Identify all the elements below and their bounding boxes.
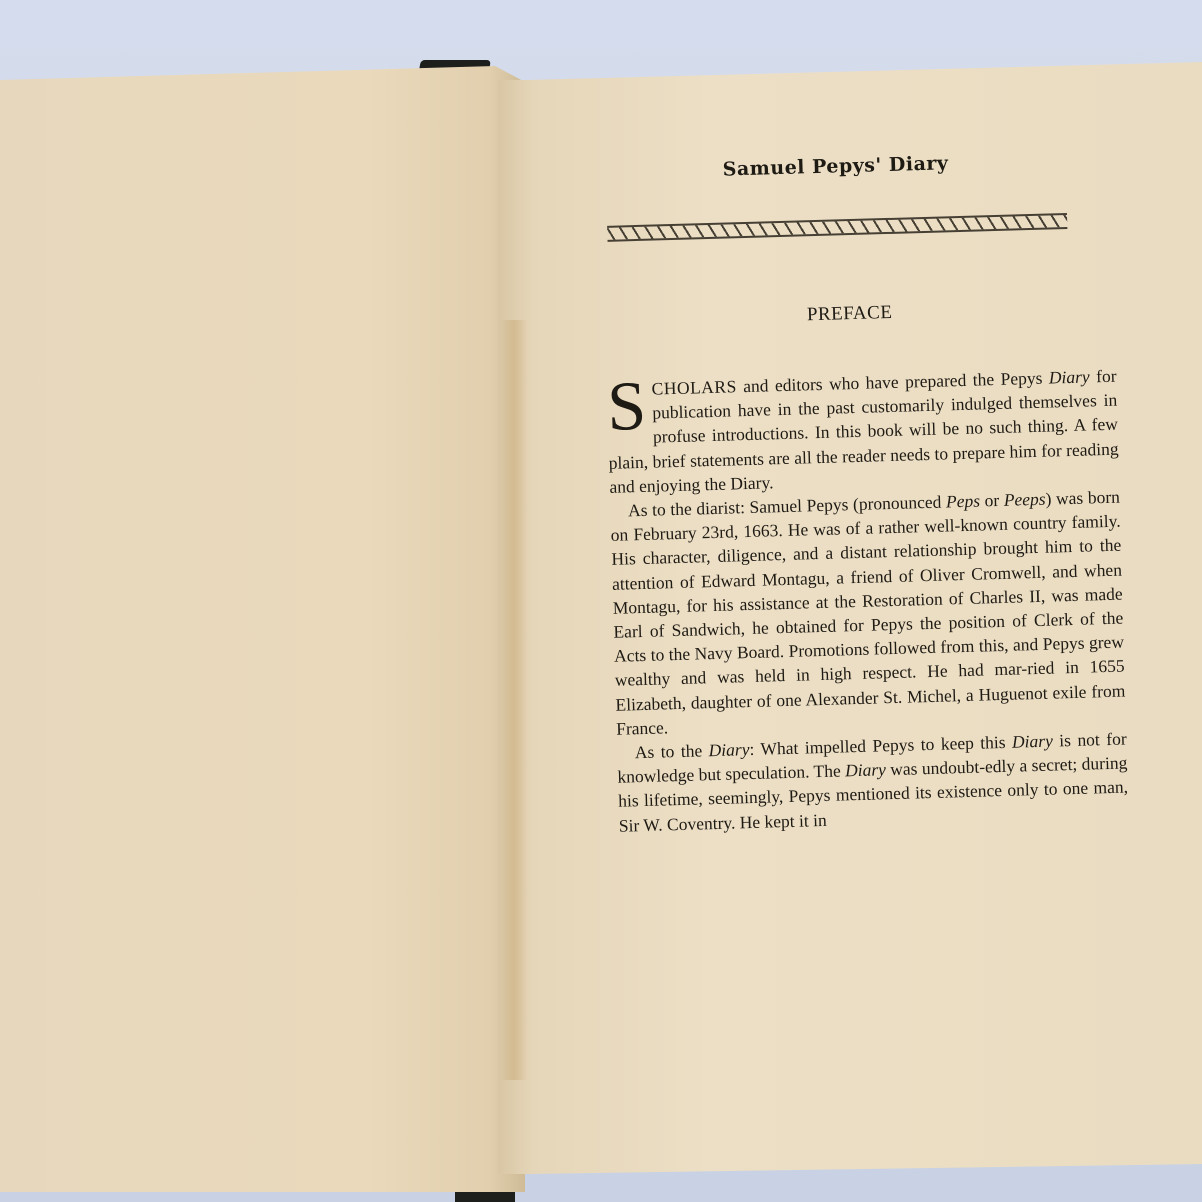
paragraph-3: As to the Diary: What impelled Pepys to …	[617, 727, 1130, 838]
ornamental-rule	[607, 213, 1067, 242]
paragraph-2: As to the diarist: Samuel Pepys (pronoun…	[610, 485, 1127, 741]
running-head: Samuel Pepys' Diary	[560, 148, 1110, 185]
page-content: Samuel Pepys' Diary PREFACE SCHOLARS and…	[600, 136, 1129, 838]
left-page-blank	[0, 66, 525, 1192]
body-text: SCHOLARS and editors who have prepared t…	[606, 364, 1129, 838]
paragraph-1: SCHOLARS and editors who have prepared t…	[606, 364, 1119, 499]
drop-cap: S	[606, 379, 646, 436]
section-title: PREFACE	[584, 296, 1114, 333]
gutter-stain	[500, 320, 528, 1080]
